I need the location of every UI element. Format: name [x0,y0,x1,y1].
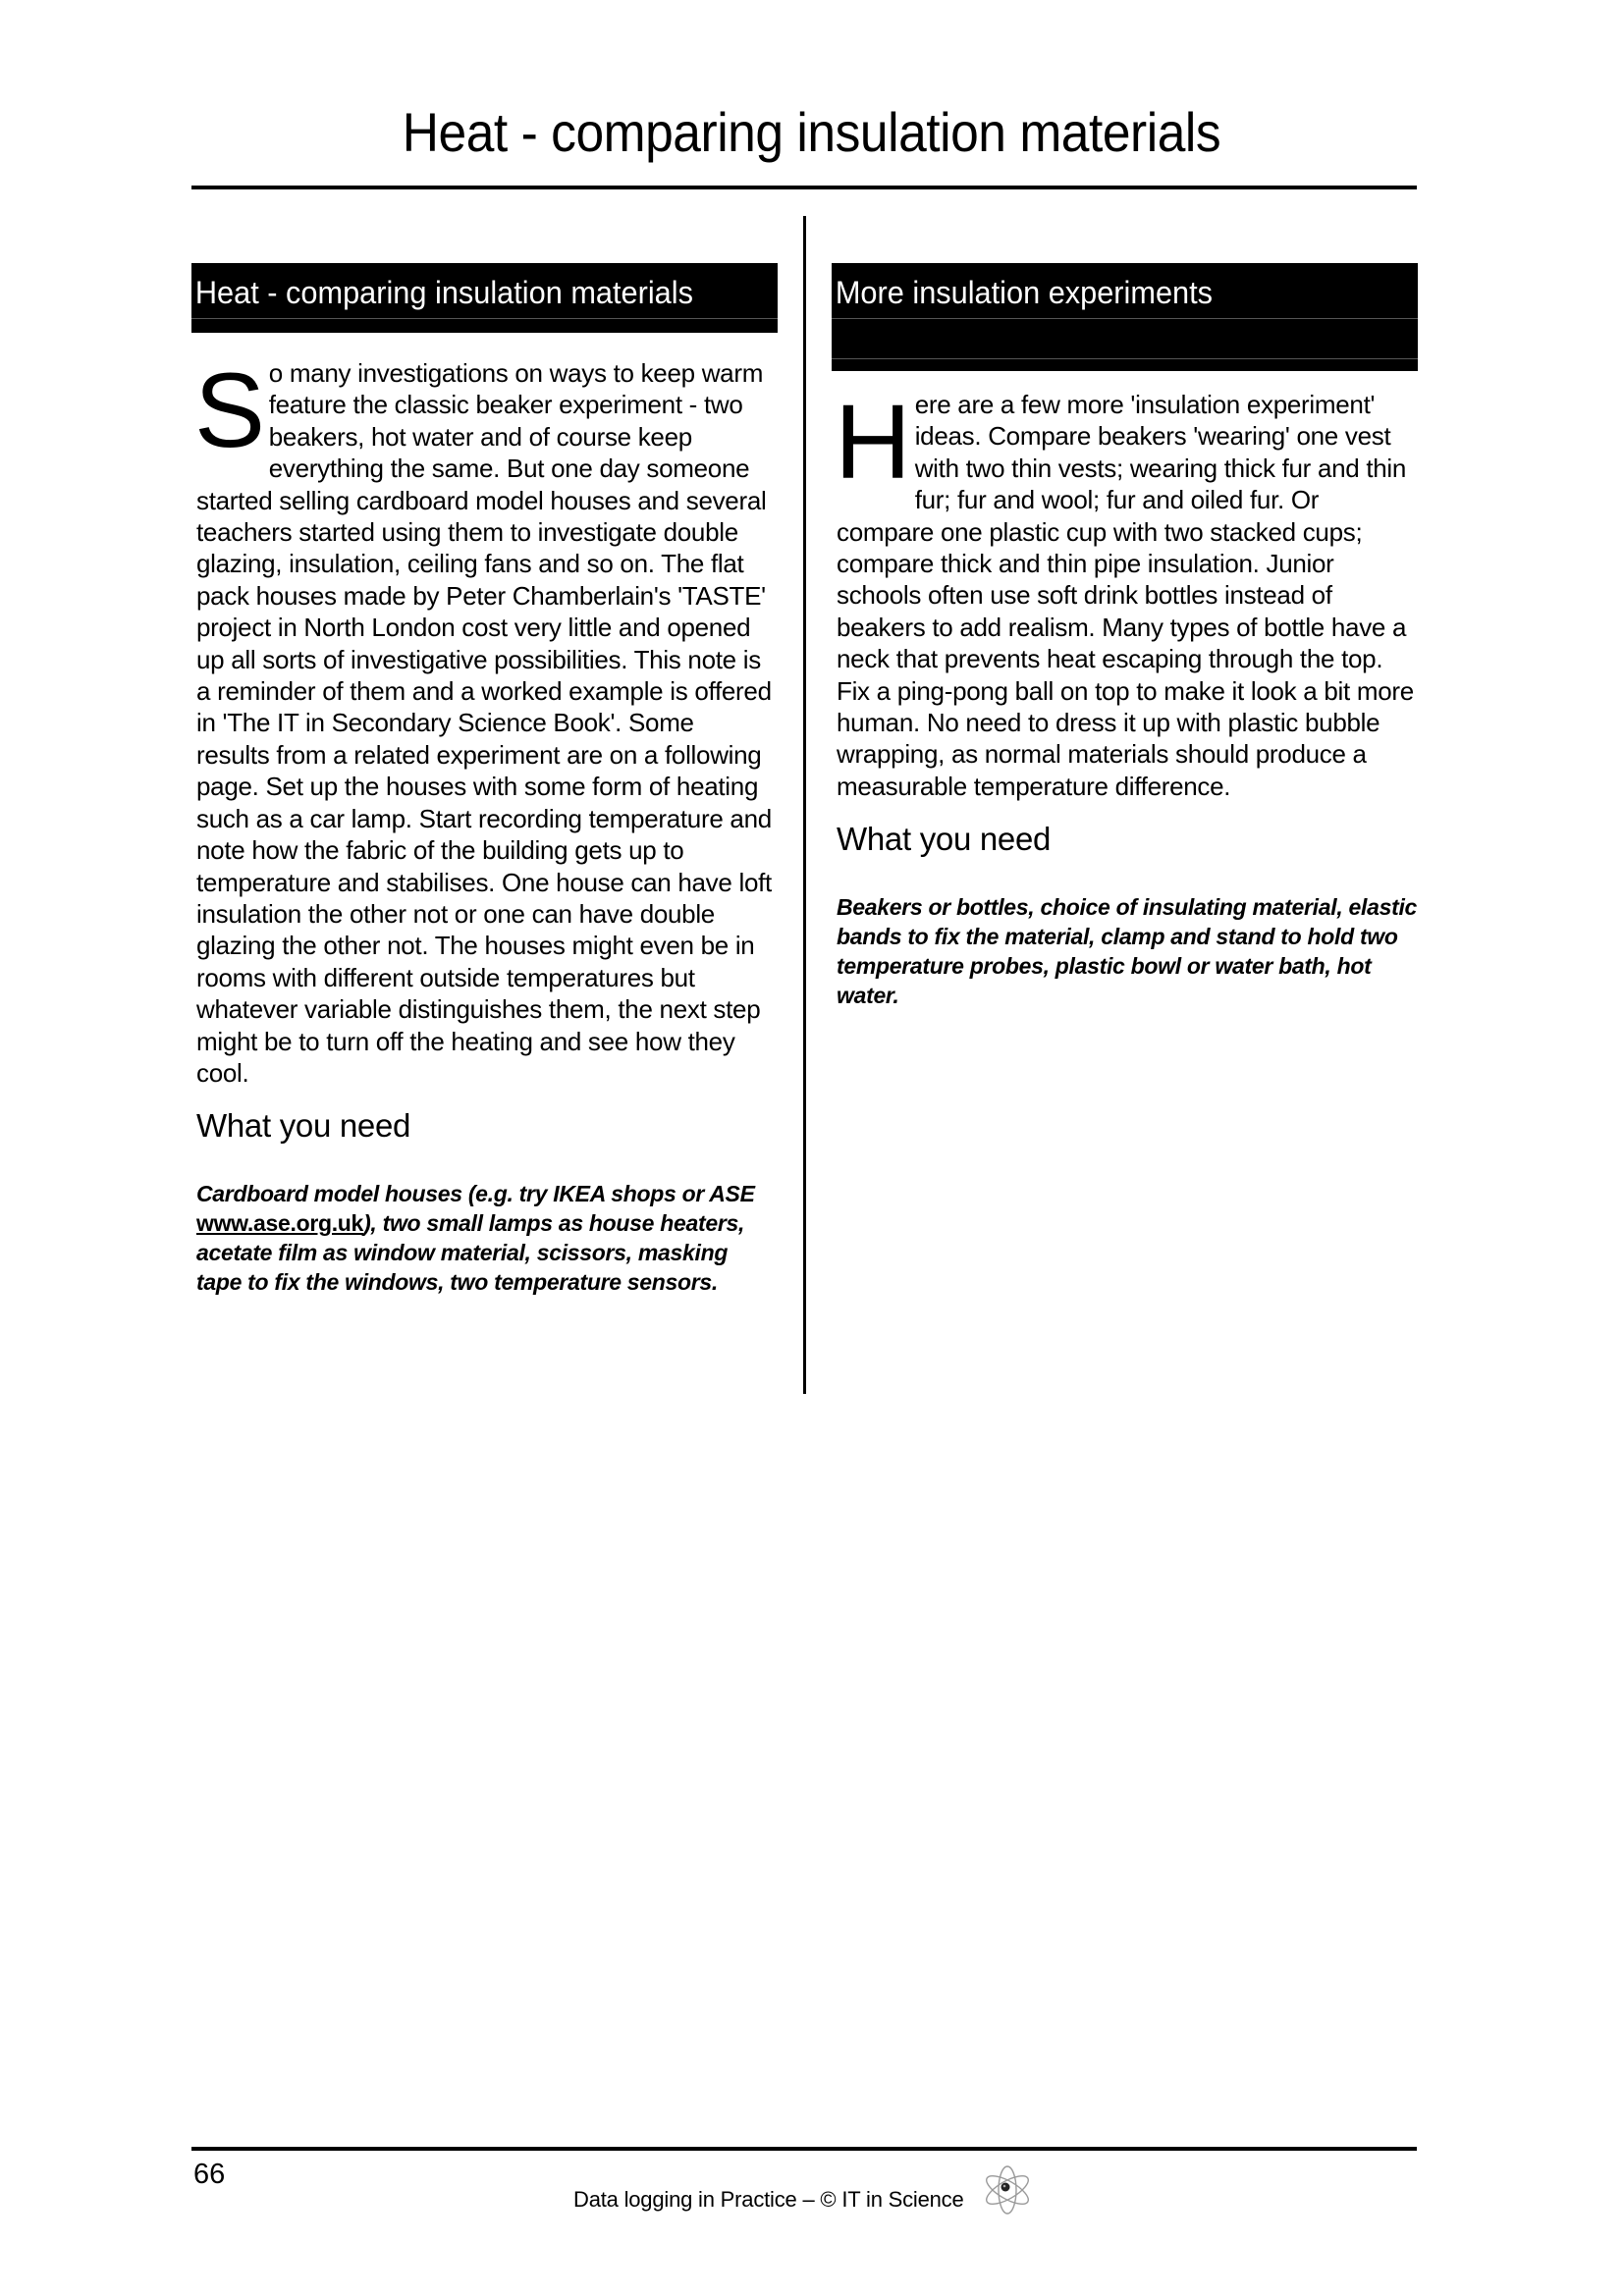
drop-cap: S [194,367,265,454]
section-title: Heat - comparing insulation materials [191,263,754,318]
section-banner: Heat - comparing insulation materials [191,263,778,333]
title-divider [191,186,1417,189]
ase-website-link[interactable]: www.ase.org.uk [196,1210,363,1236]
article-paragraph: Here are a few more 'insulation experime… [832,389,1418,802]
paragraph-text: o many investigations on ways to keep wa… [196,358,772,1088]
paragraph-text: ere are a few more 'insulation experimen… [837,390,1414,801]
equipment-list: Beakers or bottles, choice of insulating… [837,892,1418,1010]
article-paragraph: So many investigations on ways to keep w… [191,357,778,1089]
article-body: So many investigations on ways to keep w… [191,357,778,1089]
footer-divider [191,2147,1417,2151]
page-title: Heat - comparing insulation materials [65,98,1558,167]
what-you-need-heading: What you need [837,820,1418,859]
article-body: Here are a few more 'insulation experime… [832,389,1418,802]
left-article: Heat - comparing insulation materials So… [191,263,778,1297]
equipment-text-1: Cardboard model houses (e.g. try IKEA sh… [196,1181,755,1206]
section-title: More insulation experiments [832,263,1394,318]
footer-credit: Data logging in Practice – © IT in Scien… [573,2187,964,2213]
atom-icon [980,2163,1035,2217]
column-divider [803,216,806,1394]
what-you-need-heading: What you need [196,1106,778,1146]
drop-cap: H [835,399,911,485]
equipment-list: Cardboard model houses (e.g. try IKEA sh… [196,1179,778,1297]
right-article: More insulation experiments Here are a f… [832,263,1418,1010]
page-number: 66 [193,2158,225,2191]
section-banner: More insulation experiments [832,263,1418,371]
